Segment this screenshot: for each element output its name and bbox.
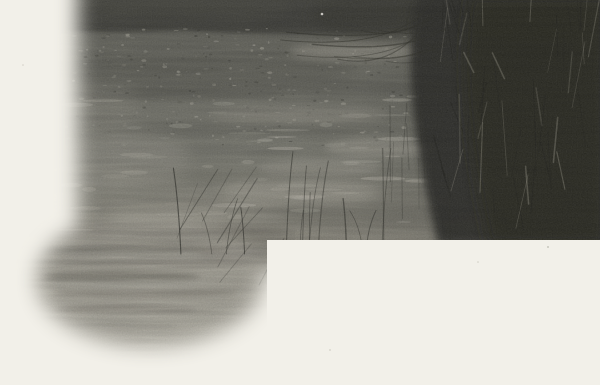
pond-photograph	[0, 0, 600, 385]
photo-page	[0, 0, 600, 385]
